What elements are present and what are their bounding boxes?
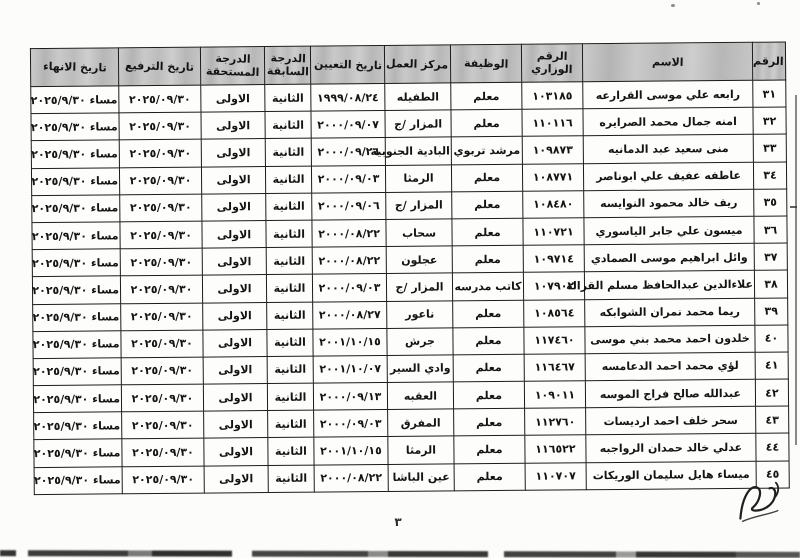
cell-job: معلم [454,436,525,464]
cell-center: الرمثا [388,436,454,464]
header-label: تاريخ التعيين [313,58,381,72]
header-label: الرقم الوزاري [523,50,582,77]
cell-prev_grade: الثانية [266,247,312,275]
cell-center: عين الباشا [388,464,454,492]
cell-center: سحاب [386,219,452,247]
cell-num: ٣٧ [754,243,787,270]
cell-center: المفرق [388,409,454,437]
cell-hire_date: ٢٠٠١/١٠/١٥ [313,328,387,356]
cell-end_date: مساء ٢٠٢٥/٩/٣٠ [34,439,122,467]
header-hire_date: تاريخ التعيين [310,45,384,84]
cell-hire_date: ٢٠٠٠/٠٩/٠٣ [311,165,385,193]
cell-due_grade: الاولى [201,166,265,194]
header-promotion_date: تاريخ الترفيع [118,47,200,86]
cell-center: وادي السير [387,355,453,383]
cell-ministry_no: ١٠٨٤٨٠ [523,191,584,219]
cell-promotion_date: ٢٠٢٥/٠٩/٣٠ [120,248,202,276]
cell-prev_grade: الثانية [265,166,311,194]
scanned-document-page: الرقمالاسمالرقم الوزاريالوظيفةمركز العمل… [0,0,800,558]
cell-promotion_date: ٢٠٢٥/٠٩/٣٠ [122,466,204,494]
cell-num: ٣٩ [755,297,788,324]
cell-ministry_no: ١٠٩٠١١ [524,381,585,409]
cell-prev_grade: الثانية [268,438,314,466]
cell-prev_grade: الثانية [266,220,312,248]
cell-hire_date: ٢٠٠٠/٠٩/١٣ [313,383,387,411]
cell-center: المزار /ج [386,273,452,301]
cell-prev_grade: الثانية [267,356,313,384]
cell-job: معلم [454,409,525,437]
cell-center: العقبه [387,382,453,410]
cell-end_date: مساء ٢٠٢٥/٩/٣٠ [31,167,119,195]
cell-job: معلم [453,381,524,409]
cell-promotion_date: ٢٠٢٥/٠٩/٣٠ [121,303,203,331]
cell-center: ناعور [387,300,453,328]
cell-name: رابعه علي موسى القرارعه [583,80,753,109]
cell-due_grade: الاولى [202,275,266,303]
cell-prev_grade: الثانية [266,274,312,302]
cell-due_grade: الاولى [204,438,268,466]
cell-center: المزار /ج [386,192,452,220]
scan-edge-artifact [795,95,797,445]
cell-promotion_date: ٢٠٢٥/٠٩/٣٠ [119,85,201,113]
cell-hire_date: ٢٠٠٠/٠٩/٠٦ [312,192,386,220]
cell-job: معلم [451,109,522,137]
cell-job: معلم [452,245,523,273]
header-job: الوظيفة [450,44,521,83]
cell-prev_grade: الثانية [268,410,314,438]
cell-due_grade: الاولى [203,329,267,357]
cell-due_grade: الاولى [203,356,267,384]
cell-name: سحر خلف احمد ارديسات [586,407,756,436]
cell-num: ٣٢ [753,107,786,134]
cell-ministry_no: ١١٦٤٦٧ [524,354,585,382]
table-body: ٣١رابعه علي موسى القرارعه١٠٣١٨٥معلمالطفي… [31,80,790,494]
cell-promotion_date: ٢٠٢٥/٠٩/٣٠ [120,194,202,222]
header-label: الدرجة المستحقة [206,52,260,79]
cell-due_grade: الاولى [204,465,268,493]
cell-prev_grade: الثانية [266,193,312,221]
cell-end_date: مساء ٢٠٢٥/٩/٣٠ [33,330,121,358]
cell-name: لؤي محمد احمد الدعامسه [585,352,755,381]
cell-hire_date: ٢٠٠١/١٠/١٥ [314,437,388,465]
cell-prev_grade: الثانية [265,84,311,112]
cell-promotion_date: ٢٠٢٥/٠٩/٣٠ [120,275,202,303]
cell-job: معلم [454,463,525,491]
cell-prev_grade: الثانية [268,465,314,493]
cell-num: ٣٥ [754,189,787,216]
cell-ministry_no: ١٠٨٥٦٤ [524,299,585,327]
header-label: تاريخ الانهاء [43,61,107,75]
cell-job: كاتب مدرسه [452,273,523,301]
cell-end_date: مساء ٢٠٢٥/٩/٣٠ [32,249,120,277]
cell-end_date: مساء ٢٠٢٥/٩/٣٠ [31,113,119,141]
cell-due_grade: الاولى [201,85,265,113]
cell-name: ريف خالد محمود النوايسه [584,189,754,218]
cell-ministry_no: ١١٠١١٦ [522,109,583,137]
table-head: الرقمالاسمالرقم الوزاريالوظيفةمركز العمل… [30,42,785,87]
cell-end_date: مساء ٢٠٢٥/٩/٣٠ [32,222,120,250]
cell-promotion_date: ٢٠٢٥/٠٩/٣٠ [119,112,201,140]
cell-end_date: مساء ٢٠٢٥/٩/٣٠ [32,195,120,223]
cell-job: معلم [452,218,523,246]
cell-end_date: مساء ٢٠٢٥/٩/٣٠ [34,466,122,494]
scan-bottom-shadow [0,550,800,558]
cell-promotion_date: ٢٠٢٥/٠٩/٣٠ [122,439,204,467]
cell-job: معلم [451,82,522,110]
cell-name: عبدالله صالح فراج الموسه [585,379,755,408]
cell-ministry_no: ١١٧٤٦٠ [524,326,585,354]
cell-num: ٣٣ [753,134,786,161]
scan-dash-artifact [790,206,797,208]
cell-end_date: مساء ٢٠٢٥/٩/٣٠ [33,303,121,331]
header-label: الدرجة السابقة [266,52,309,78]
cell-num: ٣٦ [754,216,787,243]
cell-prev_grade: الثانية [265,139,311,167]
cell-hire_date: ٢٠٠٠/٠٨/٢٢ [314,464,388,492]
cell-num: ٤٠ [755,325,788,352]
cell-num: ٣٤ [753,162,786,189]
cell-hire_date: ٢٠٠٠/٠٨/٢٧ [313,301,387,329]
header-due_grade: الدرجة المستحقة [200,47,264,86]
cell-job: معلم [452,191,523,219]
cell-center: الرمثا [385,164,451,192]
page-number: ٣ [388,515,408,529]
cell-name: عاطفه عفيف علي ابوناصر [583,162,753,191]
cell-promotion_date: ٢٠٢٥/٠٩/٣٠ [121,357,203,385]
cell-due_grade: الاولى [202,193,266,221]
cell-job: معلم [453,354,524,382]
signature-scribble-icon [731,476,798,532]
cell-name: وائل ابراهيم موسى الصمادي [584,243,754,272]
cell-num: ٣٨ [754,270,787,297]
cell-ministry_no: ١١٠٧٢١ [523,218,584,246]
cell-due_grade: الاولى [201,112,265,140]
cell-hire_date: ٢٠٠٠/٠٩/٠٣ [314,410,388,438]
cell-center: الطفيله [385,83,451,111]
cell-center: جرش [387,328,453,356]
cell-ministry_no: ١٠٩٨٧٣ [522,136,583,164]
cell-end_date: مساء ٢٠٢٥/٩/٣٠ [32,276,120,304]
header-label: مركز العمل [386,58,448,72]
cell-num: ٤٣ [756,406,789,433]
header-label: الوظيفة [464,57,509,71]
header-label: تاريخ الترفيع [125,60,194,74]
cell-hire_date: ٢٠٠٠/٠٩/٠٧ [311,111,385,139]
cell-promotion_date: ٢٠٢٥/٠٩/٣٠ [120,221,202,249]
cell-due_grade: الاولى [204,411,268,439]
cell-due_grade: الاولى [203,384,267,412]
header-name: الاسم [582,42,752,81]
cell-ministry_no: ١١٢٧٦٠ [525,408,586,436]
cell-job: معلم [451,164,522,192]
header-end_date: تاريخ الانهاء [30,48,118,87]
cell-prev_grade: الثانية [267,383,313,411]
promotion-roster-table: الرقمالاسمالرقم الوزاريالوظيفةمركز العمل… [30,41,790,494]
cell-end_date: مساء ٢٠٢٥/٩/٣٠ [31,140,119,168]
cell-ministry_no: ١٠٩٧١٤ [523,245,584,273]
cell-end_date: مساء ٢٠٢٥/٩/٣٠ [34,412,122,440]
header-num: الرقم [752,42,785,80]
cell-promotion_date: ٢٠٢٥/٠٩/٣٠ [122,411,204,439]
cell-end_date: مساء ٢٠٢٥/٩/٣٠ [31,86,119,114]
cell-job: مرشد تربوي [451,137,522,165]
cell-name: علاءالدين عبدالحافظ مسلم القراله [584,271,754,300]
cell-hire_date: ٢٠٠١/١٠/٠٧ [313,355,387,383]
header-label: الرقم [753,55,784,68]
cell-due_grade: الاولى [202,220,266,248]
cell-name: عدلي خالد حمدان الرواجبه [586,434,756,463]
cell-promotion_date: ٢٠٢٥/٠٩/٣٠ [119,167,201,195]
cell-name: ريما محمد نمران الشوابكه [585,298,755,327]
cell-num: ٣١ [753,80,786,107]
cell-ministry_no: ١١٦٥٢٢ [525,435,586,463]
table-wrapper: الرقمالاسمالرقم الوزاريالوظيفةمركز العمل… [30,41,790,494]
cell-ministry_no: ١٠٣١٨٥ [522,82,583,110]
cell-job: معلم [453,300,524,328]
cell-promotion_date: ٢٠٢٥/٠٩/٣٠ [121,330,203,358]
header-center: مركز العمل [384,45,450,84]
cell-due_grade: الاولى [202,248,266,276]
cell-hire_date: ١٩٩٩/٠٨/٢٤ [311,83,385,111]
cell-hire_date: ٢٠٠٠/٠٨/٢٢ [312,247,386,275]
cell-num: ٤٢ [755,379,788,406]
cell-prev_grade: الثانية [267,329,313,357]
cell-ministry_no: ١٠٨٧٧١ [522,163,583,191]
cell-promotion_date: ٢٠٢٥/٠٩/٣٠ [119,139,201,167]
cell-hire_date: ٢٠٠٠/٠٩/٢٦ [311,138,385,166]
header-row: الرقمالاسمالرقم الوزاريالوظيفةمركز العمل… [30,42,785,87]
cell-num: ٤١ [755,352,788,379]
cell-prev_grade: الثانية [265,111,311,139]
cell-due_grade: الاولى [203,302,267,330]
header-prev_grade: الدرجة السابقة [264,46,310,84]
cell-due_grade: الاولى [201,139,265,167]
header-label: الاسم [652,56,684,69]
cell-center: البادية الجنوبية [385,137,451,165]
cell-promotion_date: ٢٠٢٥/٠٩/٣٠ [121,384,203,412]
cell-name: خلدون احمد محمد بني موسى [585,325,755,354]
scan-speck [757,2,760,5]
cell-center: عجلون [386,246,452,274]
cell-ministry_no: ١١٠٧٠٧ [525,462,586,490]
cell-end_date: مساء ٢٠٢٥/٩/٣٠ [33,385,121,413]
cell-prev_grade: الثانية [267,302,313,330]
header-ministry_no: الرقم الوزاري [521,44,582,83]
cell-hire_date: ٢٠٠٠/٠٩/٠٣ [312,274,386,302]
cell-name: منى سعيد عبد الدمانيه [583,135,753,164]
cell-center: المزار /ج [385,110,451,138]
cell-end_date: مساء ٢٠٢٥/٩/٣٠ [33,358,121,386]
cell-name: ميسون علي جابر الياسوري [584,216,754,245]
cell-hire_date: ٢٠٠٠/٠٨/٢٢ [312,219,386,247]
scan-speck [671,4,675,7]
cell-job: معلم [453,327,524,355]
cell-num: ٤٤ [756,433,789,460]
table-row: ٤٥ميساء هايل سليمان الوريكات١١٠٧٠٧معلمعي… [34,461,789,495]
cell-name: امنه جمال محمد الصرايره [583,107,753,136]
